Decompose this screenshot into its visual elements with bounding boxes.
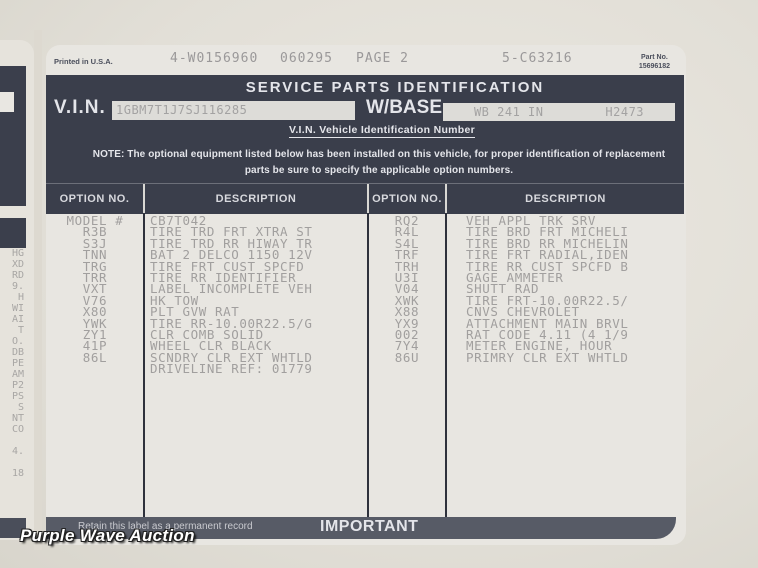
wheelbase-value: WB 241 IN <box>474 103 544 121</box>
partial-code: AM <box>0 369 24 380</box>
partial-code <box>0 457 24 468</box>
option-description: PRIMRY CLR EXT WHTLD <box>466 352 684 363</box>
part-number: Part No. 15696182 <box>639 53 670 71</box>
left-label-field-box <box>0 92 14 112</box>
left-partial-label: HGXDRD9.HWIAITO.DBPEAMP2PSSNTCO 4. 18 <box>0 40 34 540</box>
partial-code: CO <box>0 424 24 435</box>
partial-code: XD <box>0 259 24 270</box>
option-description: DRIVELINE REF: 01779 <box>150 363 366 374</box>
label-gap <box>34 30 42 550</box>
options-table-header: OPTION NO. DESCRIPTION OPTION NO. DESCRI… <box>46 183 684 214</box>
stamp-page: PAGE 2 <box>356 51 409 66</box>
column-divider <box>143 213 145 519</box>
partial-code: H <box>0 292 24 303</box>
partial-code: 4. <box>0 446 24 457</box>
column-divider <box>445 213 447 519</box>
partial-code: S <box>0 402 24 413</box>
left-label-codes: HGXDRD9.HWIAITO.DBPEAMP2PSSNTCO 4. 18 <box>0 248 24 479</box>
stamp-code: 5-C63216 <box>502 51 573 66</box>
partial-code: PS <box>0 391 24 402</box>
partial-code: AI <box>0 314 24 325</box>
wbase-value: WB 241 IN H2473 <box>443 103 675 121</box>
partial-code: HG <box>0 248 24 259</box>
header-description-left: DESCRIPTION <box>145 184 369 214</box>
partial-code: 9. <box>0 281 24 292</box>
partial-code: NT <box>0 413 24 424</box>
printed-in-usa: Printed in U.S.A. <box>54 57 113 66</box>
important-text: IMPORTANT <box>320 518 418 536</box>
left-label-header-band <box>0 66 26 206</box>
left-option-codes: MODEL #R3BS3JTNNTRGTRRVXTV76X80YWKZY141P… <box>50 215 140 375</box>
partial-code: T <box>0 325 24 336</box>
base-code-value: H2473 <box>605 103 644 121</box>
partial-code: DB <box>0 347 24 358</box>
partial-code: PE <box>0 358 24 369</box>
part-number-label: Part No. <box>639 53 670 62</box>
vin-label: V.I.N. <box>54 97 106 119</box>
wbase-label: W/BASE <box>366 97 442 119</box>
header-description-right: DESCRIPTION <box>447 184 684 214</box>
option-code <box>50 363 140 374</box>
stamp-date: 060295 <box>280 51 333 66</box>
label-header: SERVICE PARTS IDENTIFICATION V.I.N. 1GBM… <box>46 75 684 185</box>
options-table: MODEL #R3BS3JTNNTRGTRRVXTV76X80YWKZY141P… <box>46 213 684 519</box>
partial-code: 18 <box>0 468 24 479</box>
option-code: 86U <box>372 352 442 363</box>
vin-value: 1GBM7T1J7SJ116285 <box>112 101 355 120</box>
partial-code: RD <box>0 270 24 281</box>
label-title: SERVICE PARTS IDENTIFICATION <box>46 79 684 96</box>
right-option-codes: RQ2R4LS4LTRFTRHU3IV04XWKX88YX90027Y486U <box>372 215 442 363</box>
service-parts-label: Printed in U.S.A. 4-W0156960 060295 PAGE… <box>46 45 686 545</box>
partial-code: O. <box>0 336 24 347</box>
watermark: Purple Wave Auction <box>20 526 195 546</box>
part-number-value: 15696182 <box>639 62 670 71</box>
label-top-row: Printed in U.S.A. 4-W0156960 060295 PAGE… <box>46 45 686 73</box>
partial-code <box>0 435 24 446</box>
partial-code: WI <box>0 303 24 314</box>
header-option-no-right: OPTION NO. <box>369 184 447 214</box>
column-divider <box>367 213 369 519</box>
vin-subtitle: V.I.N. Vehicle Identification Number <box>289 124 475 138</box>
left-label-table-header <box>0 218 26 248</box>
left-descriptions: CB7T042TIRE TRD FRT XTRA STTIRE TRD RR H… <box>150 215 366 375</box>
note-text: NOTE: The optional equipment listed belo… <box>86 147 672 179</box>
partial-code: P2 <box>0 380 24 391</box>
header-option-no-left: OPTION NO. <box>46 184 145 214</box>
right-descriptions: VEH APPL TRK SRVTIRE BRD FRT MICHELITIRE… <box>466 215 684 363</box>
stamp-order-number: 4-W0156960 <box>170 51 258 66</box>
